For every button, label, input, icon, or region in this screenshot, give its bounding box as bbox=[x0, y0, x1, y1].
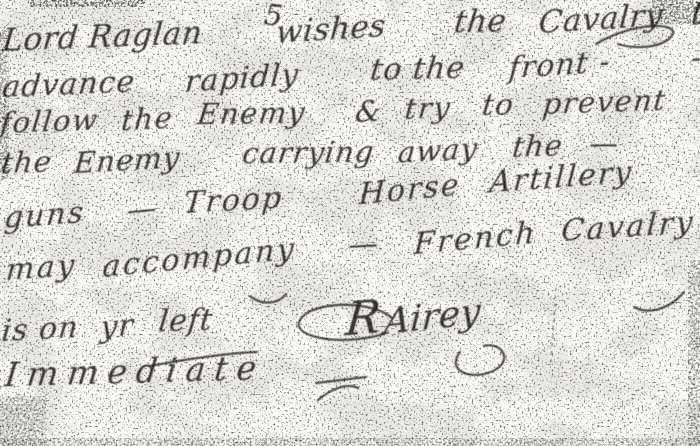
word: Lord Raglan bbox=[1, 18, 204, 57]
word: to bbox=[690, 0, 700, 31]
word: follow bbox=[0, 106, 100, 139]
word: Immediate bbox=[3, 351, 267, 391]
word: Enemy bbox=[73, 143, 182, 178]
word: — bbox=[347, 229, 382, 261]
word: the bbox=[511, 131, 565, 162]
accompany-tail-stroke bbox=[250, 294, 286, 303]
word: carrying bbox=[241, 138, 377, 169]
word: Enemy bbox=[196, 98, 308, 129]
word: away bbox=[397, 134, 479, 168]
word: guns bbox=[3, 198, 86, 234]
word: left bbox=[157, 305, 215, 337]
word: to the bbox=[368, 54, 466, 86]
word: yr bbox=[100, 311, 135, 344]
signature-r-airey: RAirey bbox=[344, 284, 483, 342]
word: Horse bbox=[358, 170, 461, 210]
word: Cavalry bbox=[560, 208, 696, 248]
cavalry-tail-stroke bbox=[634, 292, 684, 311]
word: to bbox=[480, 90, 516, 120]
word: French bbox=[413, 218, 538, 260]
word: — bbox=[126, 193, 159, 226]
word: the bbox=[120, 103, 174, 135]
word: wishes bbox=[275, 11, 387, 49]
word: prevent bbox=[541, 86, 668, 119]
word: Troop bbox=[183, 183, 285, 219]
signature-underline-dash bbox=[316, 377, 366, 383]
handwriting-line-8: Immediate bbox=[3, 351, 267, 391]
word: advance bbox=[1, 67, 137, 103]
word: Cavalry bbox=[538, 0, 665, 39]
bottom-edge-noise bbox=[0, 438, 700, 446]
signature-y-loop bbox=[456, 345, 504, 375]
right-edge-noise bbox=[688, 260, 700, 446]
scanned-handwritten-note: 5 Lord Raglan wishes the Cavalry to adva… bbox=[0, 0, 700, 446]
word: is on bbox=[0, 313, 79, 347]
word: front - bbox=[508, 47, 612, 84]
word: & bbox=[354, 96, 384, 127]
bottom-left-corner-noise bbox=[0, 396, 46, 446]
word: rapidly bbox=[184, 60, 300, 98]
handwriting-line-7: is on yr left bbox=[0, 306, 214, 347]
word: the bbox=[453, 6, 509, 38]
signature-surname: Airey bbox=[383, 294, 481, 341]
top-edge-noise bbox=[30, 0, 145, 7]
word: may bbox=[5, 251, 78, 286]
word: the bbox=[0, 147, 53, 178]
vertical-crease-mark bbox=[551, 288, 556, 362]
signature-initial: R bbox=[344, 293, 383, 343]
word: accompany bbox=[102, 234, 297, 282]
word: - bbox=[690, 44, 700, 75]
signature-tail-stroke bbox=[318, 386, 358, 400]
word: — bbox=[587, 129, 621, 158]
word: try bbox=[403, 93, 452, 124]
word: Artillery bbox=[489, 158, 635, 199]
